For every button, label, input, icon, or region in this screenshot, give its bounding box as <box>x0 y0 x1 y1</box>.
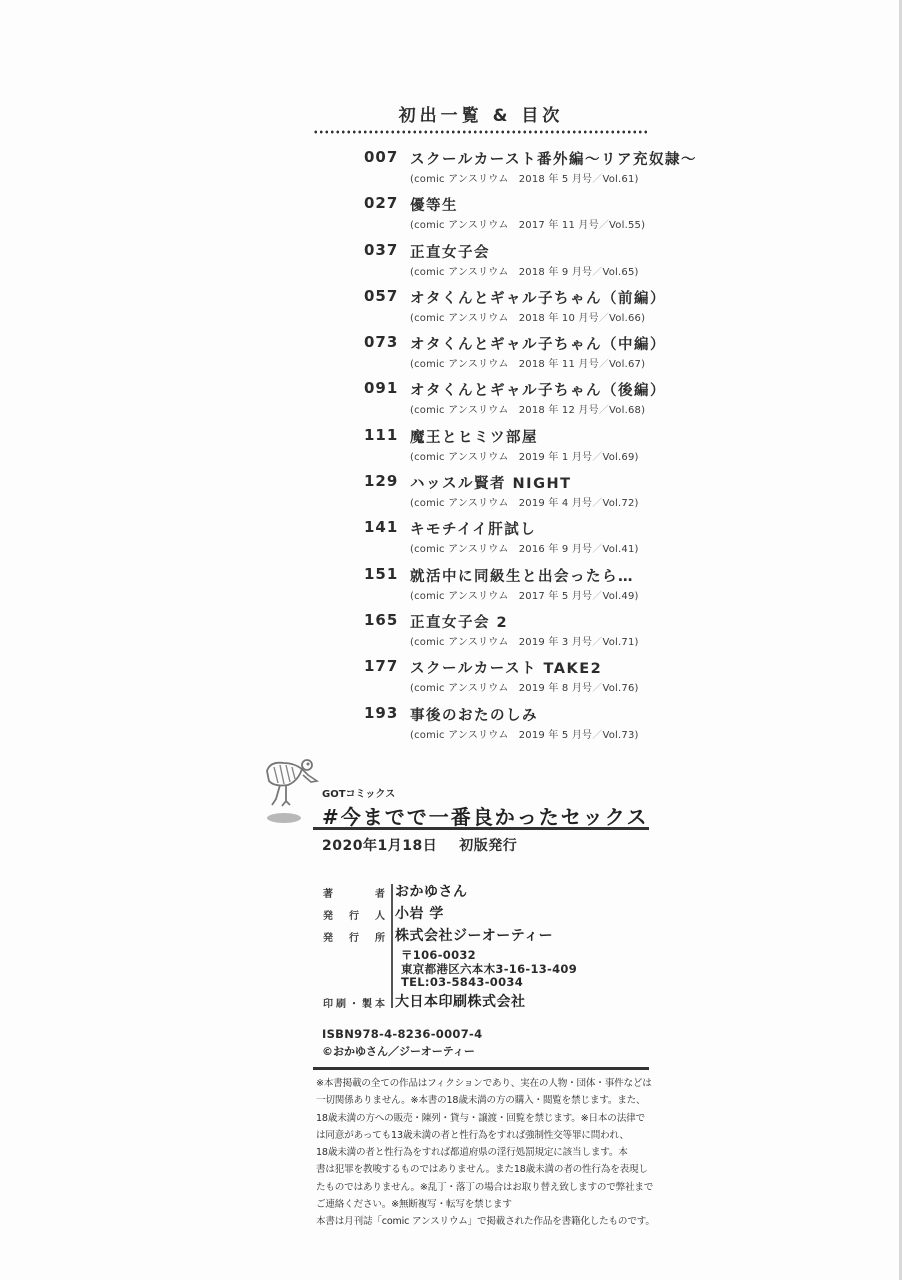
toc-page-number: 141 <box>364 518 398 536</box>
toc-page-number: 177 <box>364 657 398 675</box>
edition: 初版発行 <box>459 838 517 854</box>
toc-entry: 091 オタくんとギャル子ちゃん（後編） (comic アンスリウム 2018 … <box>364 379 664 425</box>
toc-entry: 151 就活中に同級生と出会ったら… (comic アンスリウム 2017 年 … <box>364 565 664 611</box>
colophon-value: 株式会社ジーオーティー <box>395 925 553 945</box>
toc-page-number: 091 <box>364 379 398 397</box>
toc-story-title: オタくんとギャル子ちゃん（前編） <box>410 287 666 308</box>
toc-story-title: オタくんとギャル子ちゃん（中編） <box>410 333 666 354</box>
toc-story-title: 事後のおたのしみ <box>410 704 538 725</box>
toc-source: (comic アンスリウム 2019 年 4 月号／Vol.72) <box>410 494 639 509</box>
colophon-value: おかゆさん <box>395 881 468 901</box>
toc-page-number: 151 <box>364 565 398 583</box>
toc-title: 初出一覧 & 目次 <box>313 101 649 126</box>
legal-notes: ※本書掲載の全ての作品はフィクションであり、実在の人物・団体・事件などは 一切関… <box>316 1075 650 1231</box>
toc-entry: 129 ハッスル賢者 NIGHT (comic アンスリウム 2019 年 4 … <box>364 472 664 518</box>
colophon-divider <box>391 884 393 1008</box>
toc-entry: 027 優等生 (comic アンスリウム 2017 年 11 月号／Vol.5… <box>364 194 664 240</box>
toc-entry: 073 オタくんとギャル子ちゃん（中編） (comic アンスリウム 2018 … <box>364 333 664 379</box>
toc-story-title: 魔王とヒミツ部屋 <box>410 426 538 447</box>
toc-source: (comic アンスリウム 2018 年 12 月号／Vol.68) <box>410 401 645 416</box>
toc-story-title: スクールカースト番外編〜リア充奴隷〜 <box>410 148 697 169</box>
toc-page-number: 073 <box>364 333 398 351</box>
toc-story-title: 正直女子会 <box>410 241 490 262</box>
date: 2020年1月18日 <box>322 838 437 854</box>
notes-line: 書は犯罪を教唆するものではありません。また18歳未満の者の性行為を表現し <box>316 1161 650 1178</box>
toc-story-title: 就活中に同級生と出会ったら… <box>410 565 634 586</box>
toc-source: (comic アンスリウム 2017 年 5 月号／Vol.49) <box>410 587 639 602</box>
toc-source: (comic アンスリウム 2018 年 9 月号／Vol.65) <box>410 263 639 278</box>
toc-page-number: 193 <box>364 704 398 722</box>
toc-page-number: 037 <box>364 241 398 259</box>
table-of-contents: 007 スクールカースト番外編〜リア充奴隷〜 (comic アンスリウム 201… <box>364 148 664 750</box>
publication-date: 2020年1月18日初版発行 <box>322 835 517 855</box>
toc-entry: 141 キモチイイ肝試し (comic アンスリウム 2016 年 9 月号／V… <box>364 518 664 564</box>
toc-entry: 111 魔王とヒミツ部屋 (comic アンスリウム 2019 年 1 月号／V… <box>364 426 664 472</box>
notes-rule <box>313 1067 649 1070</box>
imprint-label: GOTコミックス <box>322 785 395 800</box>
toc-source: (comic アンスリウム 2018 年 10 月号／Vol.66) <box>410 309 645 324</box>
notes-line: 18歳未満の者と性行為をすれば都道府県の淫行処罰規定に該当します。本 <box>316 1144 650 1161</box>
toc-source: (comic アンスリウム 2017 年 11 月号／Vol.55) <box>410 216 645 231</box>
colophon-key: 発行所 <box>323 929 385 944</box>
toc-page-number: 027 <box>364 194 398 212</box>
notes-line: は同意があっても13歳未満の者と性行為をすれば強制性交等罪に問われ、 <box>316 1127 650 1144</box>
toc-source: (comic アンスリウム 2019 年 8 月号／Vol.76) <box>410 679 639 694</box>
toc-entry: 177 スクールカースト TAKE2 (comic アンスリウム 2019 年 … <box>364 657 664 703</box>
toc-source: (comic アンスリウム 2019 年 3 月号／Vol.71) <box>410 633 639 648</box>
toc-source: (comic アンスリウム 2018 年 5 月号／Vol.61) <box>410 170 639 185</box>
notes-line: たものではありません。※乱丁・落丁の場合はお取り替え致しますので弊社まで <box>316 1179 650 1196</box>
colophon-key: 発行人 <box>323 907 385 922</box>
toc-source: (comic アンスリウム 2018 年 11 月号／Vol.67) <box>410 355 645 370</box>
colophon-key: 著者 <box>323 885 385 900</box>
toc-source: (comic アンスリウム 2019 年 5 月号／Vol.73) <box>410 726 639 741</box>
isbn: ISBN978-4-8236-0007-4 <box>322 1027 482 1041</box>
bird-logo-icon <box>262 755 324 827</box>
toc-source: (comic アンスリウム 2019 年 1 月号／Vol.69) <box>410 448 639 463</box>
colophon-key: 印刷・製本 <box>323 995 385 1010</box>
toc-story-title: スクールカースト TAKE2 <box>410 657 602 678</box>
toc-entry: 037 正直女子会 (comic アンスリウム 2018 年 9 月号／Vol.… <box>364 241 664 287</box>
toc-story-title: ハッスル賢者 NIGHT <box>410 472 572 493</box>
notes-line: ※本書掲載の全ての作品はフィクションであり、実在の人物・団体・事件などは <box>316 1075 650 1092</box>
copyright: ©おかゆさん／ジーオーティー <box>322 1043 475 1059</box>
toc-story-title: 優等生 <box>410 194 458 215</box>
dotted-divider <box>313 130 649 134</box>
toc-story-title: キモチイイ肝試し <box>410 518 536 539</box>
book-title: #今までで一番良かったセックス <box>322 801 649 830</box>
title-rule <box>313 827 649 830</box>
toc-entry: 165 正直女子会 2 (comic アンスリウム 2019 年 3 月号／Vo… <box>364 611 664 657</box>
notes-line: 一切関係ありません。※本書の18歳未満の方の購入・閲覧を禁じます。また、 <box>316 1092 650 1109</box>
toc-story-title: 正直女子会 2 <box>410 611 508 632</box>
notes-line: 本書は月刊誌「comic アンスリウム」で掲載された作品を書籍化したものです。 <box>316 1213 650 1230</box>
toc-page-number: 057 <box>364 287 398 305</box>
toc-page-number: 129 <box>364 472 398 490</box>
colophon-value: 小岩 学 <box>395 903 444 923</box>
toc-entry: 193 事後のおたのしみ (comic アンスリウム 2019 年 5 月号／V… <box>364 704 664 750</box>
phone-number: TEL:03-5843-0034 <box>401 975 523 989</box>
toc-page-number: 111 <box>364 426 398 444</box>
notes-line: ご連絡ください。※無断複写・転写を禁じます <box>316 1196 650 1213</box>
notes-line: 18歳未満の方への販売・陳列・貸与・譲渡・回覧を禁じます。※日本の法律で <box>316 1110 650 1127</box>
toc-source: (comic アンスリウム 2016 年 9 月号／Vol.41) <box>410 540 639 555</box>
toc-entry: 057 オタくんとギャル子ちゃん（前編） (comic アンスリウム 2018 … <box>364 287 664 333</box>
colophon-value: 大日本印刷株式会社 <box>395 991 526 1011</box>
toc-page-number: 007 <box>364 148 398 166</box>
toc-page-number: 165 <box>364 611 398 629</box>
toc-story-title: オタくんとギャル子ちゃん（後編） <box>410 379 666 400</box>
toc-entry: 007 スクールカースト番外編〜リア充奴隷〜 (comic アンスリウム 201… <box>364 148 664 194</box>
